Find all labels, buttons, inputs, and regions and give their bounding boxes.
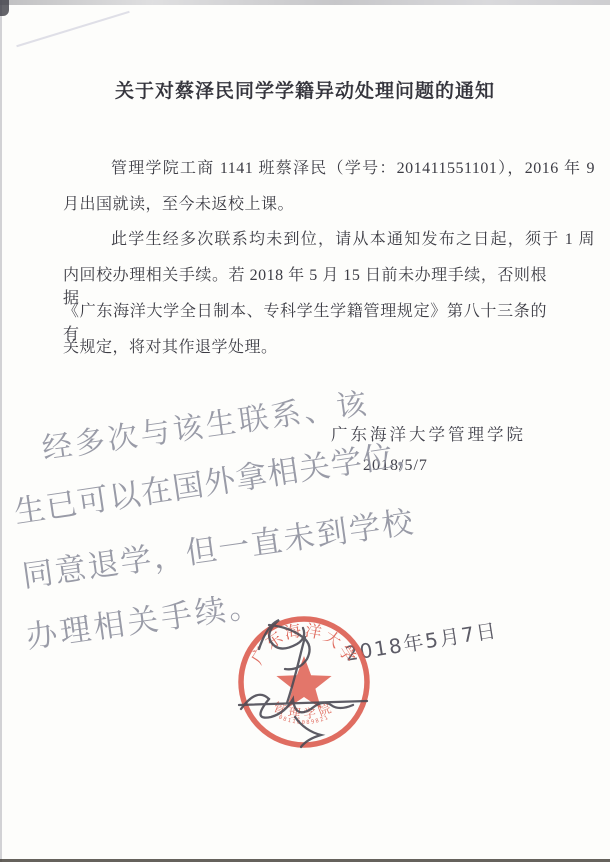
scan-corner-mark	[0, 0, 9, 16]
paragraph2-line4: 关规定，将对其作退学处理。	[63, 334, 547, 358]
paragraph2-line3: 《广东海洋大学全日制本、专科学生学籍管理规定》第八十三条的有	[63, 298, 547, 322]
faint-pencil-streak	[16, 11, 129, 47]
paragraph1-line2: 月出国就读，至今未返校上课。	[63, 191, 547, 215]
paragraph2-line1: 此学生经多次联系均未到位，请从本通知发布之日起，须于 1 周	[63, 226, 595, 250]
notice-title: 关于对蔡泽民同学学籍异动处理问题的通知	[0, 76, 610, 103]
paragraph1-line1: 管理学院工商 1141 班蔡泽民（学号：201411551101），2016 年…	[63, 155, 595, 179]
scan-top-edge-artifact	[0, 0, 610, 5]
paragraph2-line2: 内回校办理相关手续。若 2018 年 5 月 15 日前未办理手续，否则根据	[63, 262, 547, 286]
scanned-notice-page: 关于对蔡泽民同学学籍异动处理问题的通知 管理学院工商 1141 班蔡泽民（学号：…	[0, 0, 610, 862]
handwritten-signature	[225, 605, 395, 755]
scan-left-edge-artifact	[0, 0, 2, 862]
